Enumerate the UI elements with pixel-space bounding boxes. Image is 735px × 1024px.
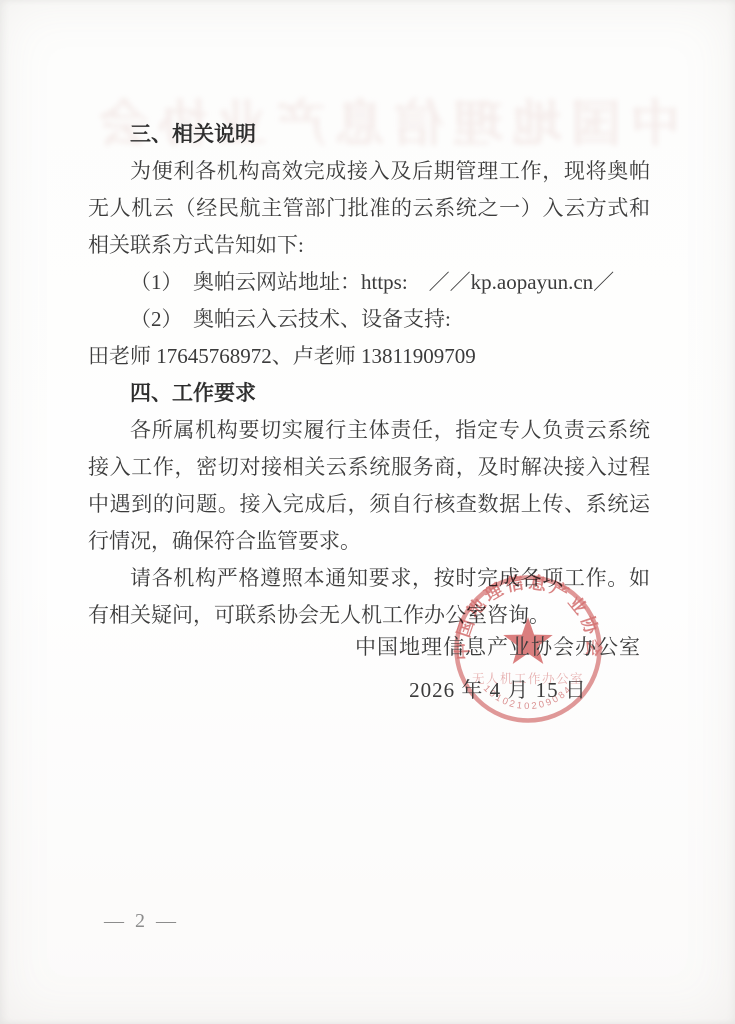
section4-heading: 四、工作要求 <box>88 375 650 412</box>
signature-org: 中国地理信息产业协会办公室 <box>355 629 641 666</box>
page-number: — 2 — <box>104 910 179 933</box>
website-address-line: （1） 奥帕云网站地址：https: ／／kp.aopayun.cn／ <box>88 264 650 301</box>
tech-support-line: （2） 奥帕云入云技术、设备支持: <box>88 301 650 338</box>
signature-block: 中国地理信息产业协会办公室 2026 年 4 月 15 日 <box>355 629 641 709</box>
requirements-paragraph: 各所属机构要切实履行主体责任，指定专人负责云系统接入工作，密切对接相关云系统服务… <box>88 412 650 560</box>
section3-heading: 三、相关说明 <box>88 116 650 153</box>
section3-intro-paragraph: 为便利各机构高效完成接入及后期管理工作，现将奥帕无人机云（经民航主管部门批准的云… <box>88 153 650 264</box>
document-page: 中国地理信息产业协会 三、相关说明 为便利各机构高效完成接入及后期管理工作，现将… <box>0 0 735 1024</box>
closing-paragraph: 请各机构严格遵照本通知要求，按时完成各项工作。如有相关疑问，可联系协会无人机工作… <box>88 560 650 634</box>
signature-date: 2026 年 4 月 15 日 <box>355 672 641 709</box>
contacts-line: 田老师 17645768972、卢老师 13811909709 <box>88 338 650 375</box>
document-body: 三、相关说明 为便利各机构高效完成接入及后期管理工作，现将奥帕无人机云（经民航主… <box>88 116 650 634</box>
